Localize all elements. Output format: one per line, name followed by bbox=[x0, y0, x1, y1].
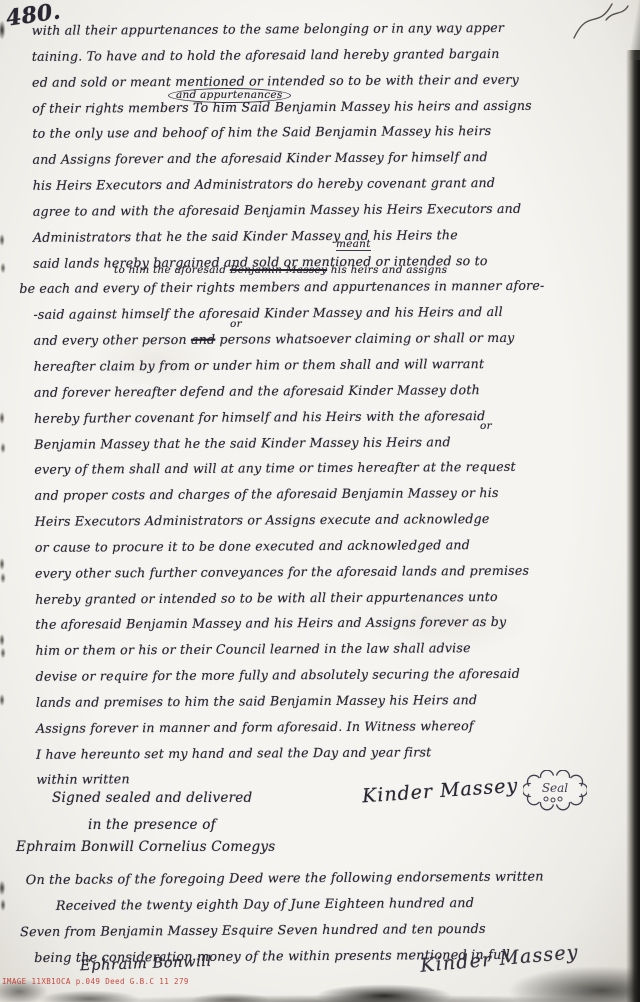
endorsement-line: Received the twenty eighth Day of June E… bbox=[56, 890, 626, 920]
text-segment: his Heirs Executors and Administrators d… bbox=[33, 175, 496, 193]
struck-text: Benjamin Massey bbox=[230, 264, 327, 276]
manuscript-line: to the only use and behoof of him the Sa… bbox=[32, 118, 618, 147]
text-segment: hereafter claim by from or under him or … bbox=[34, 356, 485, 374]
text-segment: and appurtenances bbox=[176, 89, 283, 101]
text-segment: and every other person bbox=[34, 332, 191, 348]
text-segment: to him the aforesaid bbox=[114, 264, 230, 276]
manuscript-line: every of them shall and will at any time… bbox=[34, 454, 620, 483]
manuscript-line: the aforesaid Benjamin Massey and his He… bbox=[35, 609, 621, 638]
deed-body-text: with all their appurtenances to the same… bbox=[32, 14, 623, 793]
interline-insertion-appurtenances: and appurtenances bbox=[168, 88, 291, 103]
struck-text: and bbox=[191, 332, 215, 347]
text-segment: agree to and with the aforesaid Benjamin… bbox=[33, 201, 522, 219]
text-segment: taining. To have and to hold the aforesa… bbox=[32, 46, 500, 64]
text-segment: hereby granted or intended so to be with… bbox=[35, 589, 498, 607]
text-segment: be each and every of their rights member… bbox=[19, 278, 544, 296]
text-segment: the aforesaid Benjamin Massey and his He… bbox=[35, 614, 506, 632]
text-segment: and forever hereafter defend and the afo… bbox=[34, 382, 480, 400]
text-segment: and proper costs and charges of the afor… bbox=[35, 485, 499, 503]
text-segment: -said against himself the aforesaid Kind… bbox=[33, 304, 502, 322]
manuscript-line: agree to and with the aforesaid Benjamin… bbox=[33, 195, 619, 224]
manuscript-line: and every other person and persons whats… bbox=[34, 324, 620, 353]
manuscript-line: -said against himself the aforesaid Kind… bbox=[33, 298, 619, 327]
manuscript-line: his Heirs Executors and Administrators d… bbox=[33, 169, 619, 198]
left-edge-ink-marks bbox=[0, 0, 12, 1002]
book-gutter-shadow bbox=[626, 50, 640, 1002]
manuscript-line: taining. To have and to hold the aforesa… bbox=[32, 40, 618, 69]
text-segment: or bbox=[230, 318, 242, 330]
manuscript-line: Benjamin Massey that he the said Kinder … bbox=[34, 428, 620, 457]
manuscript-line: with all their appurtenances to the same… bbox=[32, 14, 618, 43]
text-segment: Heirs Executors Administrators or Assign… bbox=[35, 511, 490, 529]
text-segment: and Assigns forever and the aforesaid Ki… bbox=[32, 149, 487, 167]
text-segment: Received the twenty eighth Day of June E… bbox=[56, 896, 474, 914]
text-segment: him or them or his or their Council lear… bbox=[35, 640, 470, 658]
text-segment: every of them shall and will at any time… bbox=[34, 459, 515, 477]
wax-seal: Seal bbox=[523, 770, 587, 812]
text-segment: Assigns forever in manner and form afore… bbox=[36, 718, 474, 736]
seal-label: Seal bbox=[542, 781, 568, 795]
text-segment: On the backs of the foregoing Deed were … bbox=[26, 869, 544, 888]
text-segment: or cause to procure it to be done execut… bbox=[35, 537, 470, 555]
text-segment: ed and sold or meant mentioned or intend… bbox=[32, 72, 519, 90]
text-segment: within written bbox=[36, 772, 130, 788]
text-segment: or bbox=[480, 420, 492, 432]
manuscript-line: and forever hereafter defend and the afo… bbox=[34, 376, 620, 405]
text-segment: lands and premises to him the said Benja… bbox=[36, 692, 478, 710]
manuscript-line: every other such further conveyances for… bbox=[35, 557, 621, 586]
manuscript-line: hereafter claim by from or under him or … bbox=[34, 350, 620, 379]
microfilm-watermark-text: IMAGE 11XB1OCA p.049 Deed G.B.C 11 279 bbox=[2, 977, 189, 986]
manuscript-line: Assigns forever in manner and form afore… bbox=[36, 712, 622, 741]
manuscript-line: lands and premises to him the said Benja… bbox=[36, 686, 622, 715]
manuscript-line: Heirs Executors Administrators or Assign… bbox=[35, 505, 621, 534]
interline-insertion-to-him: to him the aforesaid Benjamin Massey his… bbox=[114, 264, 447, 276]
text-segment: I have hereunto set my hand and seal the… bbox=[36, 744, 431, 761]
signed-sealed-delivered-line: Signed sealed and delivered bbox=[52, 790, 252, 806]
scanned-deed-page: 480. with all their appurtenances to the… bbox=[0, 0, 640, 1002]
manuscript-line: Administrators that he the said Kinder M… bbox=[33, 221, 619, 250]
text-segment: Benjamin Massey that he the said Kinder … bbox=[34, 434, 451, 452]
manuscript-line: ed and sold or meant mentioned or intend… bbox=[32, 66, 618, 95]
manuscript-line: of their rights members To him Said Benj… bbox=[32, 92, 618, 121]
text-segment: persons whatsoever claiming or shall or … bbox=[215, 330, 514, 347]
interline-insertion-meant: meant bbox=[336, 238, 371, 251]
witness-names: Ephraim Bonwill Cornelius Comegys bbox=[16, 839, 275, 855]
endorsement-line: On the backs of the foregoing Deed were … bbox=[26, 864, 626, 894]
text-segment: meant bbox=[336, 238, 371, 250]
text-segment: every other such further conveyances for… bbox=[35, 562, 529, 580]
text-segment: his heirs and assigns bbox=[327, 264, 447, 276]
text-segment: to the only use and behoof of him the Sa… bbox=[32, 123, 491, 141]
text-segment: hereby further covenant for himself and … bbox=[34, 408, 485, 426]
manuscript-line: be each and every of their rights member… bbox=[19, 273, 619, 303]
manuscript-line: and proper costs and charges of the afor… bbox=[34, 479, 620, 508]
manuscript-line: him or them or his or their Council lear… bbox=[35, 634, 621, 663]
text-segment: with all their appurtenances to the same… bbox=[32, 20, 504, 38]
interline-insertion-or-2: or bbox=[480, 420, 492, 432]
manuscript-line: hereby further covenant for himself and … bbox=[34, 402, 620, 431]
interline-insertion-or-1: or bbox=[230, 318, 242, 330]
presence-line: in the presence of bbox=[88, 817, 216, 833]
manuscript-line: I have hereunto set my hand and seal the… bbox=[36, 738, 622, 767]
manuscript-line: hereby granted or intended so to be with… bbox=[35, 583, 621, 612]
text-segment: Administrators that he the said Kinder M… bbox=[33, 227, 458, 245]
manuscript-line: and Assigns forever and the aforesaid Ki… bbox=[32, 143, 618, 172]
text-segment: Seven from Benjamin Massey Esquire Seven… bbox=[20, 922, 486, 940]
manuscript-line: devise or require for the more fully and… bbox=[36, 660, 622, 689]
text-segment: devise or require for the more fully and… bbox=[36, 666, 520, 684]
manuscript-line: or cause to procure it to be done execut… bbox=[35, 531, 621, 560]
